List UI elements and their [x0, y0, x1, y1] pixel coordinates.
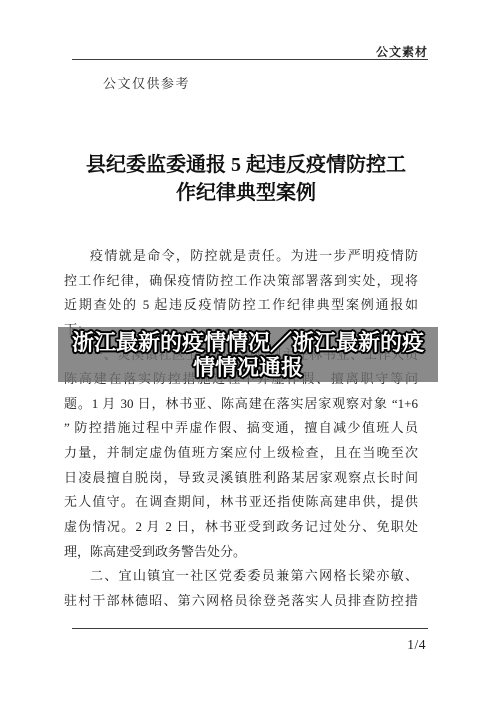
- body-line-3: 近期查处的 5 起违反疫情防控工作纪律典型案例通报如: [64, 293, 418, 318]
- body-line-8: ” 防控措施过程中弄虚作假、搞变通，擅自减少值班人员: [64, 416, 418, 441]
- document-title-line-1: 县纪委监委通报 5 起违反疫情防控工: [64, 151, 428, 179]
- body-text: 疫情就是命令，防控就是责任。为进一步严明疫情防控工作纪律，确保疫情防控工作决策部…: [64, 244, 418, 614]
- watermark-text-line-2: 情情况通报: [58, 355, 438, 380]
- body-line-9: 力量，并制定虚伪值班方案应付上级检查，且在当晚至次: [64, 441, 418, 466]
- body-line-15: 驻村干部林德昭、第六网格员徐登尧落实人员排查防控措: [64, 589, 418, 614]
- watermark-text-line-1: 浙江最新的疫情情况／浙江最新的疫: [58, 330, 438, 355]
- body-line-11: 无人值守。在调查期间，林书亚还指使陈高建串供，提供: [64, 490, 418, 515]
- document-page: 公文素材 公文仅供参考 县纪委监委通报 5 起违反疫情防控工 作纪律典型案例 疫…: [0, 0, 500, 707]
- body-line-14: 二、宜山镇宜一社区党委委员兼第六网格长梁亦敏、: [64, 564, 418, 589]
- body-line-1: 疫情就是命令，防控就是责任。为进一步严明疫情防: [64, 244, 418, 269]
- page-number: 1/4: [407, 637, 426, 653]
- body-line-12: 虚伪情况。2 月 2 日，林书亚受到政务记过处分、免职处: [64, 515, 418, 540]
- body-line-10: 日凌晨擅自脱岗，导致灵溪镇胜利路某居家观察点长时间: [64, 466, 418, 491]
- watermark-overlay: 浙江最新的疫情情况／浙江最新的疫 情情况通报: [58, 327, 438, 382]
- body-line-2: 控工作纪律，确保疫情防控工作决策部署落到实处，现将: [64, 269, 418, 294]
- body-line-7: 题。1 月 30 日，林书亚、陈高建在落实居家观察对象 “1+6: [64, 392, 418, 417]
- footer-rule: [72, 628, 428, 629]
- header-rule: [72, 59, 428, 60]
- document-title-line-2: 作纪律典型案例: [64, 179, 428, 207]
- reference-note: 公文仅供参考: [103, 73, 190, 92]
- body-line-13: 理，陈高建受到政务警告处分。: [64, 540, 418, 565]
- brand-mark: 公文素材: [376, 43, 428, 60]
- document-title: 县纪委监委通报 5 起违反疫情防控工 作纪律典型案例: [64, 151, 428, 207]
